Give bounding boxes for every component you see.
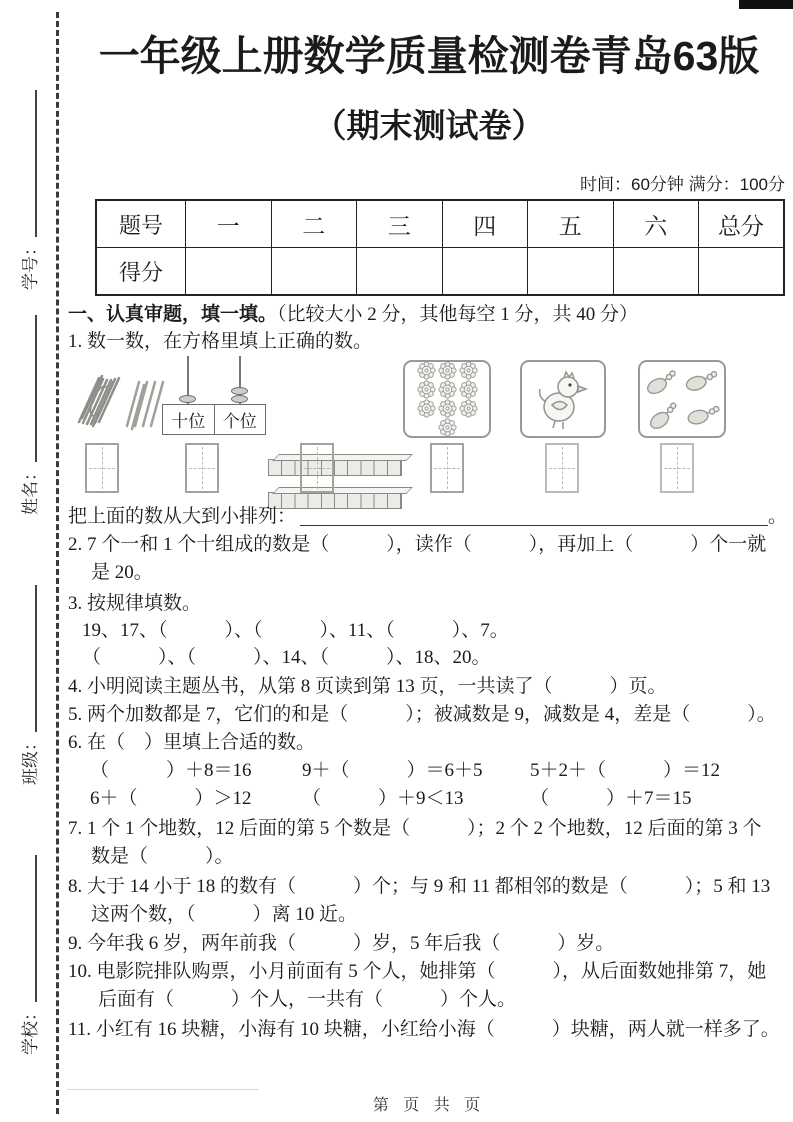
question-4: 4. 小明阅读主题丛书，从第 8 页读到第 13 页，一共读了（ ）页。 — [68, 673, 789, 701]
abacus-bead — [179, 395, 196, 403]
question-2-line1: 2. 7 个一和 1 个十组成的数是（ ），读作（ ），再加上（ ）个一就 — [68, 531, 789, 559]
question-7: 7. 1 个 1 个地数，12 后面的第 5 个数是（ ）；2 个 2 个地数，… — [68, 815, 789, 871]
question-2: 2. 7 个一和 1 个十组成的数是（ ），读作（ ），再加上（ ）个一就 是 … — [68, 531, 789, 587]
student-id-label: 学号： — [21, 239, 41, 290]
question-3-line1: 19、17、（ ）、（ ）、11、（ ）、7。 — [68, 617, 789, 644]
question-1-text: 1. 数一数，在方格里填上正确的数。 — [68, 328, 789, 356]
school-label: 学校： — [21, 1004, 41, 1055]
drumsticks-icon — [638, 360, 726, 438]
answer-grid-box[interactable] — [185, 443, 219, 493]
abacus-bead — [231, 395, 248, 403]
question-3-line2: （ ）、（ ）、14、（ ）、18、20。 — [68, 644, 789, 671]
equation: 5＋2＋（ ）＝12 — [530, 757, 789, 785]
footer-rule — [67, 1089, 259, 1090]
equation: （ ）＋7＝15 — [530, 785, 789, 813]
equation: 9＋（ ）＝6＋5 — [302, 757, 530, 785]
question-8-line1: 8. 大于 14 小于 18 的数有（ ）个；与 9 和 11 都相邻的数是（ … — [68, 873, 789, 901]
flowers-icon — [403, 360, 491, 438]
name-label: 姓名： — [21, 464, 41, 515]
score-header-cell: 二 — [271, 200, 357, 248]
answer-grid-box[interactable] — [660, 443, 694, 493]
question-8-line2: 这两个数，（ ）离 10 近。 — [68, 901, 789, 929]
answer-grid-box[interactable] — [545, 443, 579, 493]
student-id-blank-line[interactable] — [35, 90, 37, 237]
score-input-cell[interactable] — [186, 248, 272, 296]
sidebar-item-student-id: 学号： — [19, 90, 41, 290]
sidebar-item-name: 姓名： — [19, 315, 41, 515]
class-label: 班级： — [21, 734, 41, 785]
equation: （ ）＋9＜13 — [302, 785, 530, 813]
score-table: 题号 一 二 三 四 五 六 总分 得分 — [95, 199, 785, 296]
score-header-cell: 六 — [613, 200, 699, 248]
question-3: 3. 按规律填数。 19、17、（ ）、（ ）、11、（ ）、7。 （ ）、（ … — [68, 590, 789, 671]
question-11: 11. 小红有 16 块糖，小海有 10 块糖，小红给小海（ ）块糖，两人就一样… — [68, 1016, 789, 1044]
footer-page-label: 第 页 共 页 — [65, 1092, 793, 1115]
exam-time-score-info: 时间：60分钟 满分：100分 — [580, 170, 785, 195]
question-7-line2: 数是（ ）。 — [68, 843, 789, 871]
question-8: 8. 大于 14 小于 18 的数有（ ）个；与 9 和 11 都相邻的数是（ … — [68, 873, 789, 929]
question-1-sort-line: 把上面的数从大到小排列： 。 — [68, 503, 787, 531]
question-6: 6. 在（ ）里填上合适的数。 （ ）＋8＝16 9＋（ ）＝6＋5 5＋2＋（… — [68, 729, 789, 813]
sidebar-item-class: 班级： — [19, 585, 41, 785]
question-3-intro: 3. 按规律填数。 — [68, 590, 789, 617]
question-1-pictures: 十位 个位 — [65, 356, 793, 442]
tens-place-label: 十位 — [162, 404, 215, 435]
score-header-cell: 总分 — [699, 200, 785, 248]
question-7-line1: 7. 1 个 1 个地数，12 后面的第 5 个数是（ ）；2 个 2 个地数，… — [68, 815, 789, 843]
equation: （ ）＋8＝16 — [90, 757, 302, 785]
place-value-box: 十位 个位 — [162, 404, 266, 435]
fold-dashed-line — [56, 12, 59, 1114]
question-6-intro: 6. 在（ ）里填上合适的数。 — [68, 729, 789, 757]
sticks-bundle-icon — [75, 366, 170, 439]
section1-heading-bold: 一、认真审题，填一填。 — [68, 304, 277, 325]
score-table-score-row: 得分 — [96, 248, 784, 296]
score-input-cell[interactable] — [442, 248, 528, 296]
score-table-header-row: 题号 一 二 三 四 五 六 总分 — [96, 200, 784, 248]
exam-page: 一年级上册数学质量检测卷青岛63版 （期末测试卷） 时间：60分钟 满分：100… — [65, 0, 793, 1122]
sort-prompt: 把上面的数从大到小排列： — [68, 503, 296, 531]
abacus-bead — [231, 387, 248, 395]
section1-heading-rest: （比较大小 2 分，其他每空 1 分，共 40 分） — [277, 304, 638, 325]
sort-answer-line[interactable] — [300, 503, 768, 526]
score-input-cell[interactable] — [528, 248, 614, 296]
school-blank-line[interactable] — [35, 855, 37, 1002]
question-2-line2: 是 20。 — [68, 559, 789, 587]
sort-suffix: 。 — [768, 503, 787, 531]
question-10: 10. 电影院排队购票，小月前面有 5 个人，她排第（ ），从后面数她排第 7，… — [68, 958, 789, 1014]
abacus-icon: 十位 个位 — [162, 356, 266, 436]
score-header-cell: 五 — [528, 200, 614, 248]
question-1-answer-grids — [65, 441, 793, 497]
sidebar-item-school: 学校： — [19, 855, 41, 1055]
class-blank-line[interactable] — [35, 585, 37, 732]
score-header-cell: 一 — [186, 200, 272, 248]
answer-grid-box[interactable] — [430, 443, 464, 493]
equation: 6＋（ ）＞12 — [90, 785, 302, 813]
score-header-cell: 四 — [442, 200, 528, 248]
chick-icon — [520, 360, 606, 438]
page-subtitle: （期末测试卷） — [65, 104, 793, 148]
score-input-cell[interactable] — [613, 248, 699, 296]
page-title: 一年级上册数学质量检测卷青岛63版 — [65, 28, 793, 84]
score-input-cell[interactable] — [357, 248, 443, 296]
ones-place-label: 个位 — [215, 404, 267, 435]
question-10-line2: 后面有（ ）个人，一共有（ ）个人。 — [68, 986, 789, 1014]
question-10-line1: 10. 电影院排队购票，小月前面有 5 个人，她排第（ ），从后面数她排第 7，… — [68, 958, 789, 986]
score-header-cell: 三 — [357, 200, 443, 248]
answer-grid-box[interactable] — [85, 443, 119, 493]
score-input-cell[interactable] — [699, 248, 785, 296]
score-header-cell: 题号 — [96, 200, 186, 248]
question-5: 5. 两个加数都是 7，它们的和是（ ）；被减数是 9，减数是 4，差是（ ）。 — [68, 701, 789, 729]
question-6-equations-row2: 6＋（ ）＞12 （ ）＋9＜13 （ ）＋7＝15 — [68, 785, 789, 813]
section1-heading: 一、认真审题，填一填。（比较大小 2 分，其他每空 1 分，共 40 分） — [68, 302, 638, 328]
score-input-cell[interactable] — [271, 248, 357, 296]
question-6-equations-row1: （ ）＋8＝16 9＋（ ）＝6＋5 5＋2＋（ ）＝12 — [68, 757, 789, 785]
score-row-label: 得分 — [96, 248, 186, 296]
name-blank-line[interactable] — [35, 315, 37, 462]
answer-grid-box[interactable] — [300, 443, 334, 493]
question-9: 9. 今年我 6 岁，两年前我（ ）岁，5 年后我（ ）岁。 — [68, 930, 789, 958]
